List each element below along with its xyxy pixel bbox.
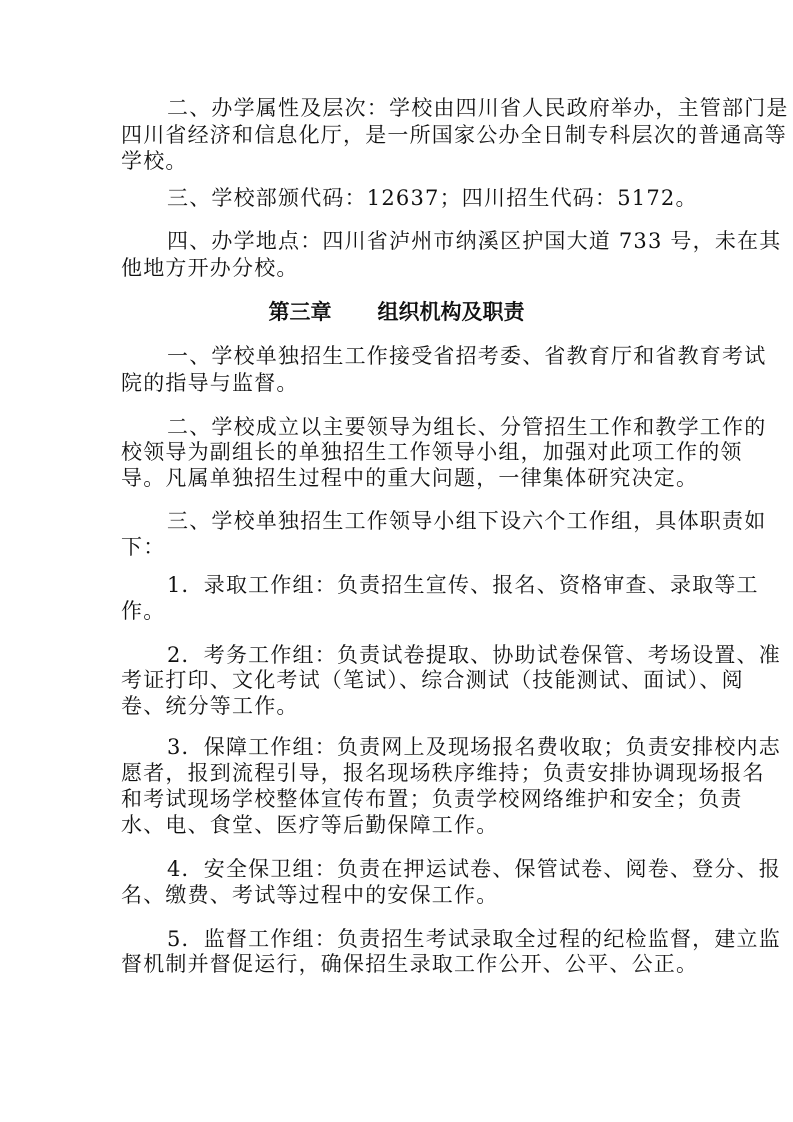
paragraph-working-groups-line-2: 下： <box>121 534 681 560</box>
chapter-title: 组织机构及职责 <box>378 300 525 324</box>
paragraph-group-4-line-2: 名、缴费、考试等过程中的安保工作。 <box>121 882 681 908</box>
paragraph-group-3-line-4: 水、电、食堂、医疗等后勤保障工作。 <box>121 812 681 838</box>
chapter-heading: 第三章组织机构及职责 <box>0 297 793 327</box>
paragraph-leadership-line-2: 校领导为副组长的单独招生工作领导小组，加强对此项工作的领 <box>121 439 681 465</box>
chapter-number: 第三章 <box>269 300 332 324</box>
paragraph-group-2-line-2: 考证打印、文化考试（笔试）、综合测试（技能测试、面试）、阅 <box>121 667 681 693</box>
paragraph-group-5-line-1: 5．监督工作组：负责招生考试录取全过程的纪检监督，建立监 <box>167 926 727 952</box>
paragraph-group-1-line-1: 1．录取工作组：负责招生宣传、报名、资格审查、录取等工 <box>167 572 727 598</box>
paragraph-leadership-line-3: 导。凡属单独招生过程中的重大问题，一律集体研究决定。 <box>121 465 681 491</box>
paragraph-group-2-line-3: 卷、统分等工作。 <box>121 693 681 719</box>
paragraph-working-groups-line-1: 三、学校单独招生工作领导小组下设六个工作组，具体职责如 <box>167 508 727 534</box>
paragraph-group-5-line-2: 督机制并督促运行，确保招生录取工作公开、公平、公正。 <box>121 951 681 977</box>
paragraph-group-1-line-2: 作。 <box>121 598 681 624</box>
paragraph-group-2-line-1: 2．考务工作组：负责试卷提取、协助试卷保管、考场设置、准 <box>167 642 727 668</box>
paragraph-group-3-line-2: 愿者，报到流程引导，报名现场秩序维持；负责安排协调现场报名 <box>121 760 681 786</box>
paragraph-location-line-2: 他地方开办分校。 <box>121 255 681 281</box>
paragraph-location-line-1: 四、办学地点：四川省泸州市纳溪区护国大道 733 号，未在其 <box>167 228 727 254</box>
paragraph-group-4-line-1: 4．安全保卫组：负责在押运试卷、保管试卷、阅卷、登分、报 <box>167 856 727 882</box>
paragraph-attribute-line-3: 学校。 <box>121 148 681 174</box>
document-page: 二、办学属性及层次：学校由四川省人民政府举办，主管部门是 四川省经济和信息化厅，… <box>0 0 793 1122</box>
paragraph-codes-line-1: 三、学校部颁代码：12637；四川招生代码：5172。 <box>167 185 727 211</box>
paragraph-attribute-line-2: 四川省经济和信息化厅，是一所国家公办全日制专科层次的普通高等 <box>121 122 681 148</box>
paragraph-supervision-line-2: 院的指导与监督。 <box>121 370 681 396</box>
paragraph-group-3-line-1: 3．保障工作组：负责网上及现场报名费收取；负责安排校内志 <box>167 734 727 760</box>
paragraph-leadership-line-1: 二、学校成立以主要领导为组长、分管招生工作和教学工作的 <box>167 414 727 440</box>
paragraph-supervision-line-1: 一、学校单独招生工作接受省招考委、省教育厅和省教育考试 <box>167 343 727 369</box>
paragraph-group-3-line-3: 和考试现场学校整体宣传布置；负责学校网络维护和安全；负责 <box>121 786 681 812</box>
paragraph-attribute-line-1: 二、办学属性及层次：学校由四川省人民政府举办，主管部门是 <box>167 95 727 121</box>
